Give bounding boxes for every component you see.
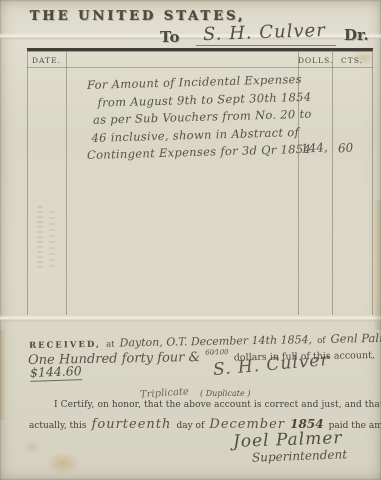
duplicate-handwritten: Triplicate: [140, 386, 190, 400]
certify-line2-pre: actually, this: [29, 421, 86, 431]
column-header-cts: CTS.: [332, 56, 372, 65]
column-header-date: DATE.: [27, 56, 66, 65]
day-handwritten: fourteenth: [92, 417, 172, 432]
payee-underline: [196, 45, 336, 46]
duplicate-note: Triplicate ( Duplicate ): [140, 381, 250, 400]
voucher-document: THE UNITED STATES, To S. H. Culver Dr. D…: [0, 0, 381, 480]
dr-label: Dr.: [344, 26, 369, 44]
header-rule: [27, 48, 373, 51]
stain-spot: [22, 440, 42, 454]
duplicate-printed: ( Duplicate ): [200, 389, 250, 398]
table-divider-date: [66, 52, 67, 315]
amount-figures-handwritten: $144.60: [30, 363, 82, 382]
faint-vertical-stamp: [37, 206, 58, 268]
amount-fraction: 60⁄100: [205, 348, 229, 356]
stain-spot: [46, 452, 80, 474]
entry-amount-cents: 60: [338, 140, 354, 155]
payer-title: THE UNITED STATES,: [30, 9, 246, 24]
entry-description-handwritten: For Amount of Incidental Expenses from A…: [85, 71, 302, 164]
table-border-right: [372, 52, 373, 315]
entry-amount-dollars: 144,: [301, 140, 329, 156]
certify-line-1: I Certify, on honor, that the above acco…: [54, 400, 381, 410]
table-header-rule: [27, 67, 373, 68]
table-divider-cts: [332, 52, 333, 315]
day-of-label: day of: [176, 421, 204, 431]
edge-stain-streak: [373, 200, 381, 330]
column-header-dolls: DOLLS.: [298, 56, 332, 65]
payee-name-handwritten: S. H. Culver: [203, 20, 326, 45]
paper-crease-middle: [0, 315, 381, 322]
palmer-signature-title: Superintendent: [252, 447, 347, 464]
to-label: To: [160, 28, 179, 46]
table-border-left: [27, 52, 28, 315]
edge-stain-streak: [0, 330, 6, 420]
